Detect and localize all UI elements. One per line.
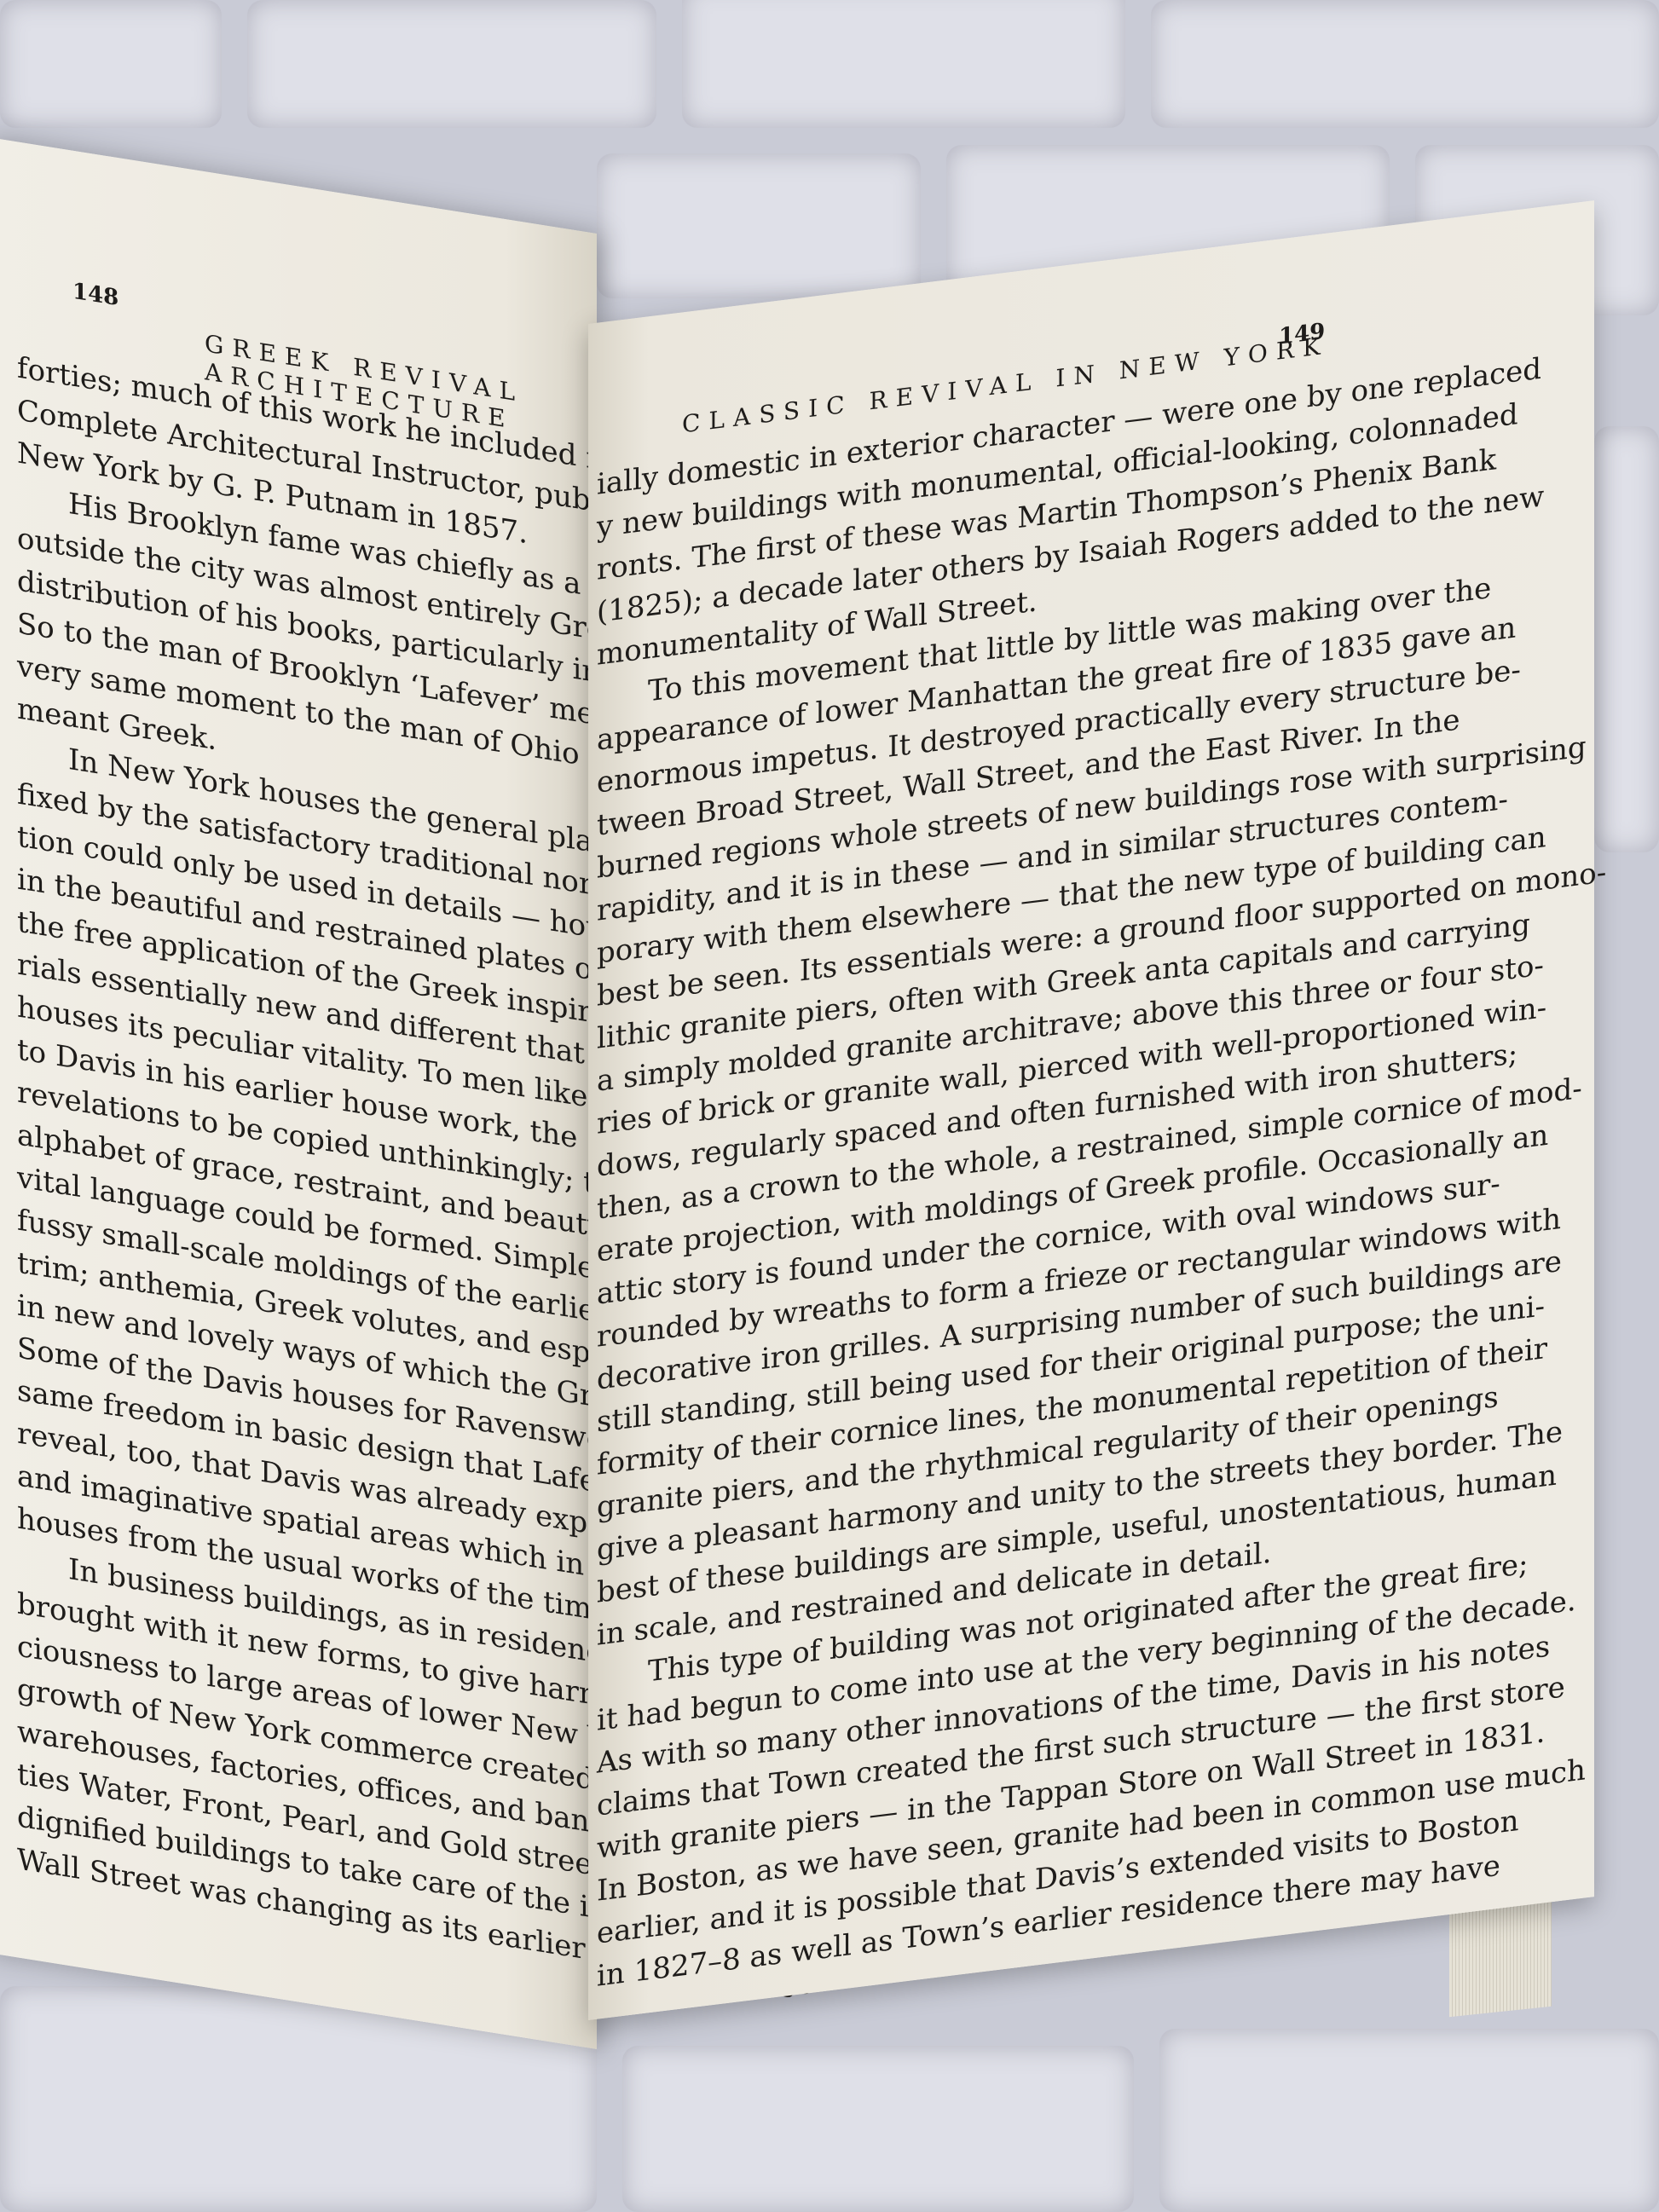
- page-body: ially domestic in exterior character — w…: [597, 339, 1606, 1997]
- brick: [247, 0, 656, 128]
- right-page: 149 CLASSIC REVIVAL IN NEW YORK ially do…: [588, 200, 1594, 2020]
- page-number: 148: [72, 279, 118, 312]
- brick: [597, 153, 921, 298]
- brick: [1159, 2029, 1659, 2212]
- brick: [0, 0, 222, 128]
- left-page: 148 GREEK REVIVAL ARCHITECTURE forties; …: [0, 136, 597, 2049]
- brick: [1151, 0, 1659, 128]
- brick: [622, 2046, 1134, 2212]
- brick: [682, 0, 1125, 128]
